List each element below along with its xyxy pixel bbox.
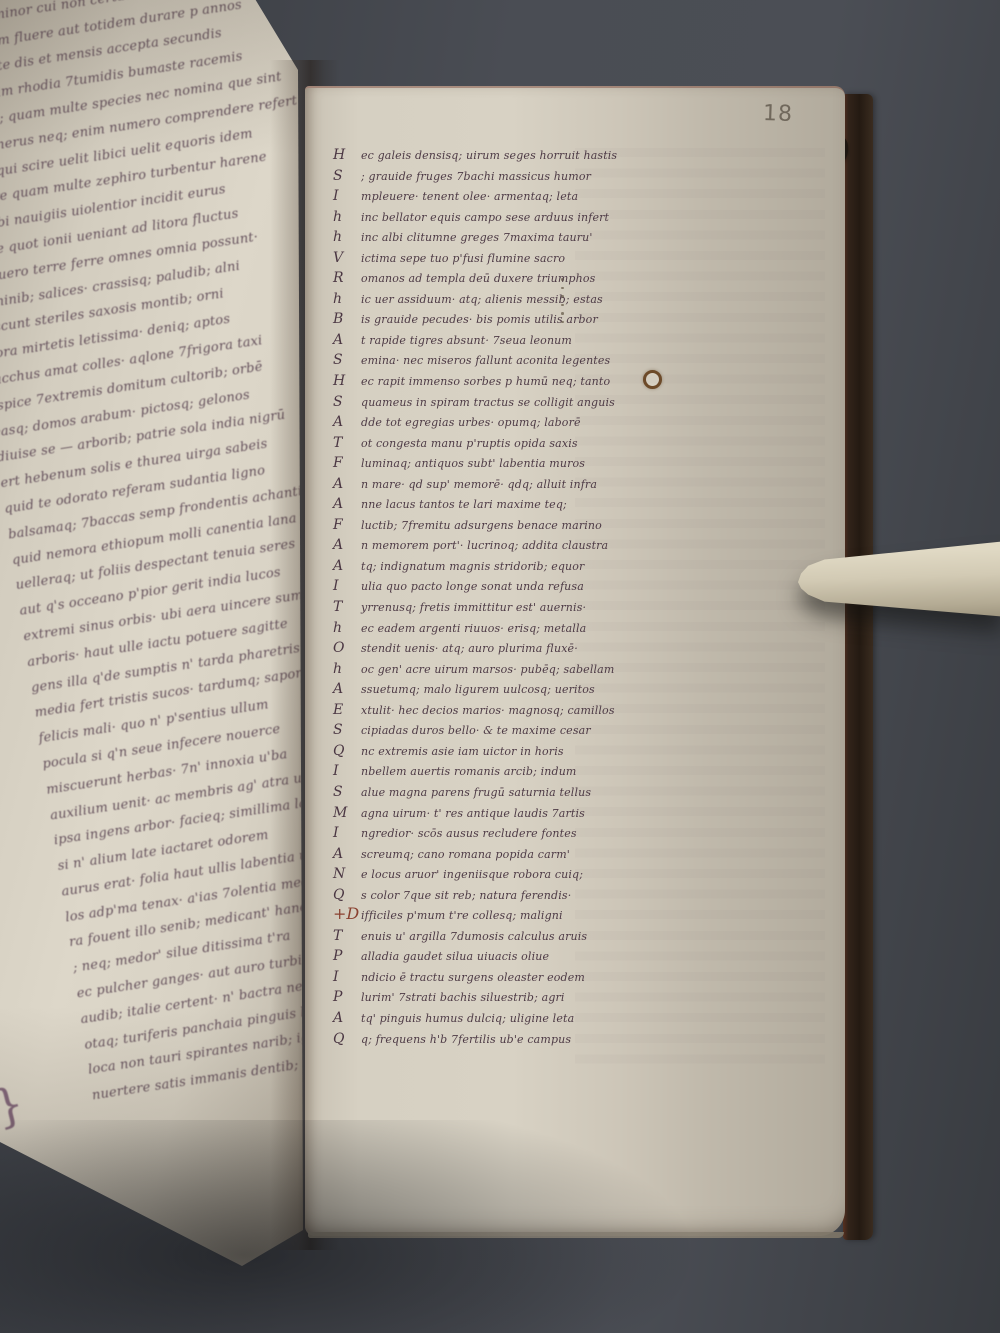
- verse-line: Squameus in spiram tractus se colligit a…: [333, 391, 617, 412]
- verse-line: hoc gen' acre uirum marsos· pubēq; sabel…: [333, 658, 617, 679]
- verse-line: Bis grauide pecudes· bis pomis utilis ar…: [333, 308, 617, 329]
- verse-initial: F: [333, 515, 361, 536]
- verse-initial: A: [333, 330, 361, 351]
- verse-text: ssuetumq; malo ligurem uulcosq; ueritos: [361, 683, 595, 696]
- verse-line: hinc bellator equis campo sese arduus in…: [333, 206, 617, 227]
- verse-text: inc bellator equis campo sese arduus inf…: [361, 211, 609, 224]
- verse-line: Impleuere· tenent olee· armentaq; leta: [333, 185, 617, 206]
- verse-text: screumq; cano romana popida carm': [361, 848, 570, 861]
- verse-initial: Q: [333, 741, 361, 762]
- verse-initial: h: [333, 227, 361, 248]
- verse-line: Atq' pinguis humus dulciq; uligine leta: [333, 1007, 617, 1028]
- verse-text: enuis u' argilla 7dumosis calculus aruis: [361, 930, 587, 943]
- verse-line: Qq; frequens h'b 7fertilis ub'e campus: [333, 1028, 617, 1049]
- verse-initial: P: [333, 946, 361, 967]
- verse-text: luctib; 7fremitu adsurgens benace marino: [361, 519, 602, 532]
- right-page-text-block: Hec galeis densisq; uirum seges horruit …: [333, 144, 617, 1048]
- verse-text: alladia gaudet silua uiuacis oliue: [361, 950, 549, 963]
- verse-line: Victima sepe tuo p'fusi flumine sacro: [333, 247, 617, 268]
- verse-initial: S: [333, 166, 361, 187]
- page-shading: [0, 0, 320, 1290]
- verse-initial: Q: [333, 1029, 361, 1050]
- verse-initial: h: [333, 207, 361, 228]
- verse-text: nc extremis asie iam uictor in horis: [361, 745, 564, 758]
- verse-text: t rapide tigres absunt· 7seua leonum: [361, 334, 572, 347]
- verse-initial: I: [333, 186, 361, 207]
- verse-line: At rapide tigres absunt· 7seua leonum: [333, 329, 617, 350]
- bone-folder-pointer: [798, 540, 1000, 618]
- verse-line: hec eadem argenti riuuos· erisq; metalla: [333, 617, 617, 638]
- verse-text: ; grauide fruges 7bachi massicus humor: [361, 170, 591, 183]
- folio-number: 18: [763, 101, 824, 128]
- verse-initial: E: [333, 700, 361, 721]
- verse-initial: A: [333, 1008, 361, 1029]
- verse-text: oc gen' acre uirum marsos· pubēq; sabell…: [361, 663, 614, 676]
- verse-line: Fluminaq; antiquos subt' labentia muros: [333, 452, 617, 473]
- verse-text: ec rapit immenso sorbes p humū neq; tant…: [361, 375, 610, 388]
- verse-text: stendit uenis· atq; auro plurima fluxē·: [361, 642, 578, 655]
- verse-text: tq; indignatum magnis stridorib; equor: [361, 560, 584, 573]
- verse-line: hinc albi clitumne greges 7maxima tauru': [333, 226, 617, 247]
- verse-text: is grauide pecudes· bis pomis utilis arb…: [361, 313, 598, 326]
- verse-line: Indicio ē tractu surgens oleaster eodem: [333, 966, 617, 987]
- manuscript-photo: molius adsurgit quibus uix ipse phaneusa…: [0, 0, 1000, 1333]
- verse-text: q; frequens h'b 7fertilis ub'e campus: [361, 1033, 571, 1046]
- verse-initial: A: [333, 535, 361, 556]
- verse-line: Adde tot egregias urbes· opumq; laborē: [333, 411, 617, 432]
- verse-initial: O: [333, 638, 361, 659]
- verse-initial: I: [333, 576, 361, 597]
- verse-line: Assuetumq; malo ligurem uulcosq; ueritos: [333, 678, 617, 699]
- verse-initial: I: [333, 967, 361, 988]
- verse-text: n mare· qd sup' memorē· qdq; alluit infr…: [361, 478, 597, 491]
- verse-line: Tyrrenusq; fretis immittitur est' auerni…: [333, 596, 617, 617]
- verse-text: ec eadem argenti riuuos· erisq; metalla: [361, 622, 586, 635]
- verse-initial: F: [333, 453, 361, 474]
- verse-text: e locus aruor' ingeniisque robora cuiq;: [361, 868, 583, 881]
- verse-line: Magna uirum· t' res antique laudis 7arti…: [333, 802, 617, 823]
- verse-initial: T: [333, 597, 361, 618]
- verse-initial: S: [333, 720, 361, 741]
- verse-line: Ne locus aruor' ingeniisque robora cuiq;: [333, 863, 617, 884]
- verse-initial: I: [333, 761, 361, 782]
- verse-line: Ascreumq; cano romana popida carm': [333, 843, 617, 864]
- verse-text: yrrenusq; fretis immittitur est' auernis…: [361, 601, 586, 614]
- verse-line: Iulia quo pacto longe sonat unda refusa: [333, 575, 617, 596]
- verse-initial: Q: [333, 885, 361, 906]
- right-page: 18 Hec galeis densisq; uirum seges horru…: [305, 86, 845, 1236]
- book-fore-edge: [843, 94, 873, 1240]
- verse-initial: R: [333, 268, 361, 289]
- verse-initial: T: [333, 926, 361, 947]
- rubricated-initial: +D: [333, 904, 361, 925]
- verse-text: ngredior· scōs ausus recludere fontes: [361, 827, 577, 840]
- verse-text: ndicio ē tractu surgens oleaster eodem: [361, 971, 585, 984]
- verse-line: Romanos ad templa deū duxere triumphos: [333, 267, 617, 288]
- verse-text: ec galeis densisq; uirum seges horruit h…: [361, 149, 617, 162]
- verse-initial: h: [333, 289, 361, 310]
- page-stack-edge: [308, 1232, 844, 1238]
- bone-folder-blade: [798, 540, 1000, 618]
- verse-text: nne lacus tantos te lari maxime teq;: [361, 498, 567, 511]
- verse-line: +Difficiles p'mum t're collesq; maligni: [333, 904, 617, 925]
- verse-text: alue magna parens frugū saturnia tellus: [361, 786, 591, 799]
- verse-line: Plurim' 7strati bachis siluestrib; agri: [333, 986, 617, 1007]
- verse-text: ictima sepe tuo p'fusi flumine sacro: [361, 252, 565, 265]
- verse-initial: M: [333, 803, 361, 824]
- verse-text: quameus in spiram tractus se colligit an…: [361, 396, 615, 409]
- verse-initial: B: [333, 309, 361, 330]
- verse-text: ic uer assiduum· atq; alienis messib; es…: [361, 293, 603, 306]
- verse-line: Tot congesta manu p'ruptis opida saxis: [333, 432, 617, 453]
- verse-line: Ostendit uenis· atq; auro plurima fluxē·: [333, 637, 617, 658]
- verse-text: agna uirum· t' res antique laudis 7artis: [361, 807, 585, 820]
- verse-line: Qs color 7que sit reb; natura ferendis·: [333, 884, 617, 905]
- verse-text: lurim' 7strati bachis siluestrib; agri: [361, 991, 565, 1004]
- verse-line: Inbellem auertis romanis arcib; indum: [333, 760, 617, 781]
- verse-line: Scipiadas duros bello· & te maxime cesar: [333, 719, 617, 740]
- verse-text: ot congesta manu p'ruptis opida saxis: [361, 437, 578, 450]
- verse-text: s color 7que sit reb; natura ferendis·: [361, 889, 571, 902]
- verse-text: ifficiles p'mum t're collesq; maligni: [361, 909, 563, 922]
- verse-initial: T: [333, 433, 361, 454]
- verse-initial: h: [333, 618, 361, 639]
- verse-initial: H: [333, 145, 361, 166]
- verse-initial: h: [333, 659, 361, 680]
- verse-text: n memorem port'· lucrinoq; addita claust…: [361, 539, 608, 552]
- verse-text: xtulit· hec decios marios· magnosq; cami…: [361, 704, 615, 717]
- verse-line: Hec galeis densisq; uirum seges horruit …: [333, 144, 617, 165]
- verse-initial: P: [333, 987, 361, 1008]
- verse-line: hic uer assiduum· atq; alienis messib; e…: [333, 288, 617, 309]
- wormhole: [643, 370, 662, 389]
- verse-initial: I: [333, 823, 361, 844]
- verse-initial: H: [333, 371, 361, 392]
- verse-line: Hec rapit immenso sorbes p humū neq; tan…: [333, 370, 617, 391]
- verse-line: An memorem port'· lucrinoq; addita claus…: [333, 534, 617, 555]
- verse-text: cipiadas duros bello· & te maxime cesar: [361, 724, 591, 737]
- verse-line: Palladia gaudet silua uiuacis oliue: [333, 945, 617, 966]
- verse-text: ulia quo pacto longe sonat unda refusa: [361, 580, 584, 593]
- verse-line: Anne lacus tantos te lari maxime teq;: [333, 493, 617, 514]
- verse-line: Salue magna parens frugū saturnia tellus: [333, 781, 617, 802]
- verse-text: tq' pinguis humus dulciq; uligine leta: [361, 1012, 574, 1025]
- verse-text: nbellem auertis romanis arcib; indum: [361, 765, 577, 778]
- verse-line: Tenuis u' argilla 7dumosis calculus arui…: [333, 925, 617, 946]
- verse-text: luminaq; antiquos subt' labentia muros: [361, 457, 585, 470]
- verse-initial: S: [333, 350, 361, 371]
- verse-line: Atq; indignatum magnis stridorib; equor: [333, 555, 617, 576]
- verse-line: Semina· nec miseros fallunt aconita lege…: [333, 349, 617, 370]
- verse-line: Fluctib; 7fremitu adsurgens benace marin…: [333, 514, 617, 535]
- verse-initial: A: [333, 844, 361, 865]
- verse-initial: A: [333, 679, 361, 700]
- verse-text: omanos ad templa deū duxere triumphos: [361, 272, 595, 285]
- verse-text: emina· nec miseros fallunt aconita legen…: [361, 354, 610, 367]
- verse-initial: A: [333, 474, 361, 495]
- verse-line: S; grauide fruges 7bachi massicus humor: [333, 165, 617, 186]
- left-page: molius adsurgit quibus uix ipse phaneusa…: [0, 0, 320, 1290]
- verse-initial: A: [333, 494, 361, 515]
- verse-initial: A: [333, 556, 361, 577]
- verse-line: Qnc extremis asie iam uictor in horis: [333, 740, 617, 761]
- verse-text: inc albi clitumne greges 7maxima tauru': [361, 231, 593, 244]
- verse-initial: S: [333, 782, 361, 803]
- verse-initial: A: [333, 412, 361, 433]
- verse-initial: V: [333, 248, 361, 269]
- verse-line: An mare· qd sup' memorē· qdq; alluit inf…: [333, 473, 617, 494]
- verse-text: dde tot egregias urbes· opumq; laborē: [361, 416, 581, 429]
- verse-initial: N: [333, 864, 361, 885]
- verse-initial: S: [333, 392, 361, 413]
- verse-line: Extulit· hec decios marios· magnosq; cam…: [333, 699, 617, 720]
- verse-line: Ingredior· scōs ausus recludere fontes: [333, 822, 617, 843]
- verse-text: mpleuere· tenent olee· armentaq; leta: [361, 190, 578, 203]
